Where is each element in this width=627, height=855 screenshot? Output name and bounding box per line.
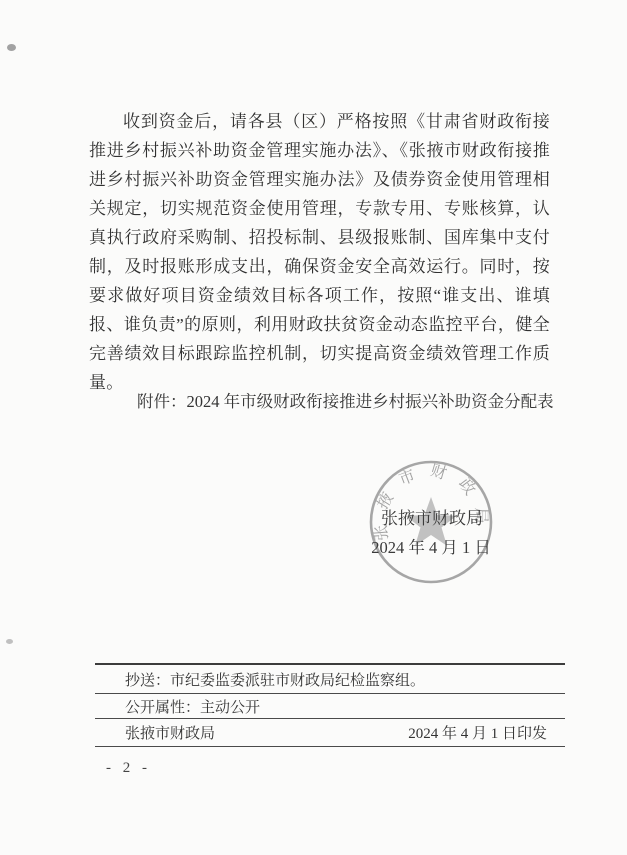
document-page: 收到资金后，请各县（区）严格按照《甘肃省财政衔接推进乡村振兴补助资金管理实施办法…	[0, 0, 627, 855]
cc-line: 抄送：市纪委监委派驻市财政局纪检监察组。	[125, 669, 425, 690]
scan-speck	[7, 44, 16, 51]
footer-cc-row: 抄送：市纪委监委派驻市财政局纪检监察组。	[95, 665, 565, 694]
signature-date: 2024 年 4 月 1 日	[358, 538, 504, 558]
footer-issuer-row: 张掖市财政局 2024 年 4 月 1 日印发	[95, 719, 565, 747]
footer-publicity-row: 公开属性：主动公开	[95, 694, 565, 719]
body-paragraph: 收到资金后，请各县（区）严格按照《甘肃省财政衔接推进乡村振兴补助资金管理实施办法…	[89, 107, 550, 397]
print-date: 2024 年 4 月 1 日印发	[408, 722, 547, 743]
issuer-name: 张掖市财政局	[125, 722, 215, 743]
signature-org-name: 张掖市财政局	[367, 509, 497, 529]
footer-table: 抄送：市纪委监委派驻市财政局纪检监察组。 公开属性：主动公开 张掖市财政局 20…	[95, 663, 565, 747]
publicity-line: 公开属性：主动公开	[125, 696, 260, 717]
attachment-line: 附件：2024 年市级财政衔接推进乡村振兴补助资金分配表	[137, 392, 554, 412]
scan-speck	[6, 639, 13, 644]
page-number: - 2 -	[106, 760, 151, 777]
